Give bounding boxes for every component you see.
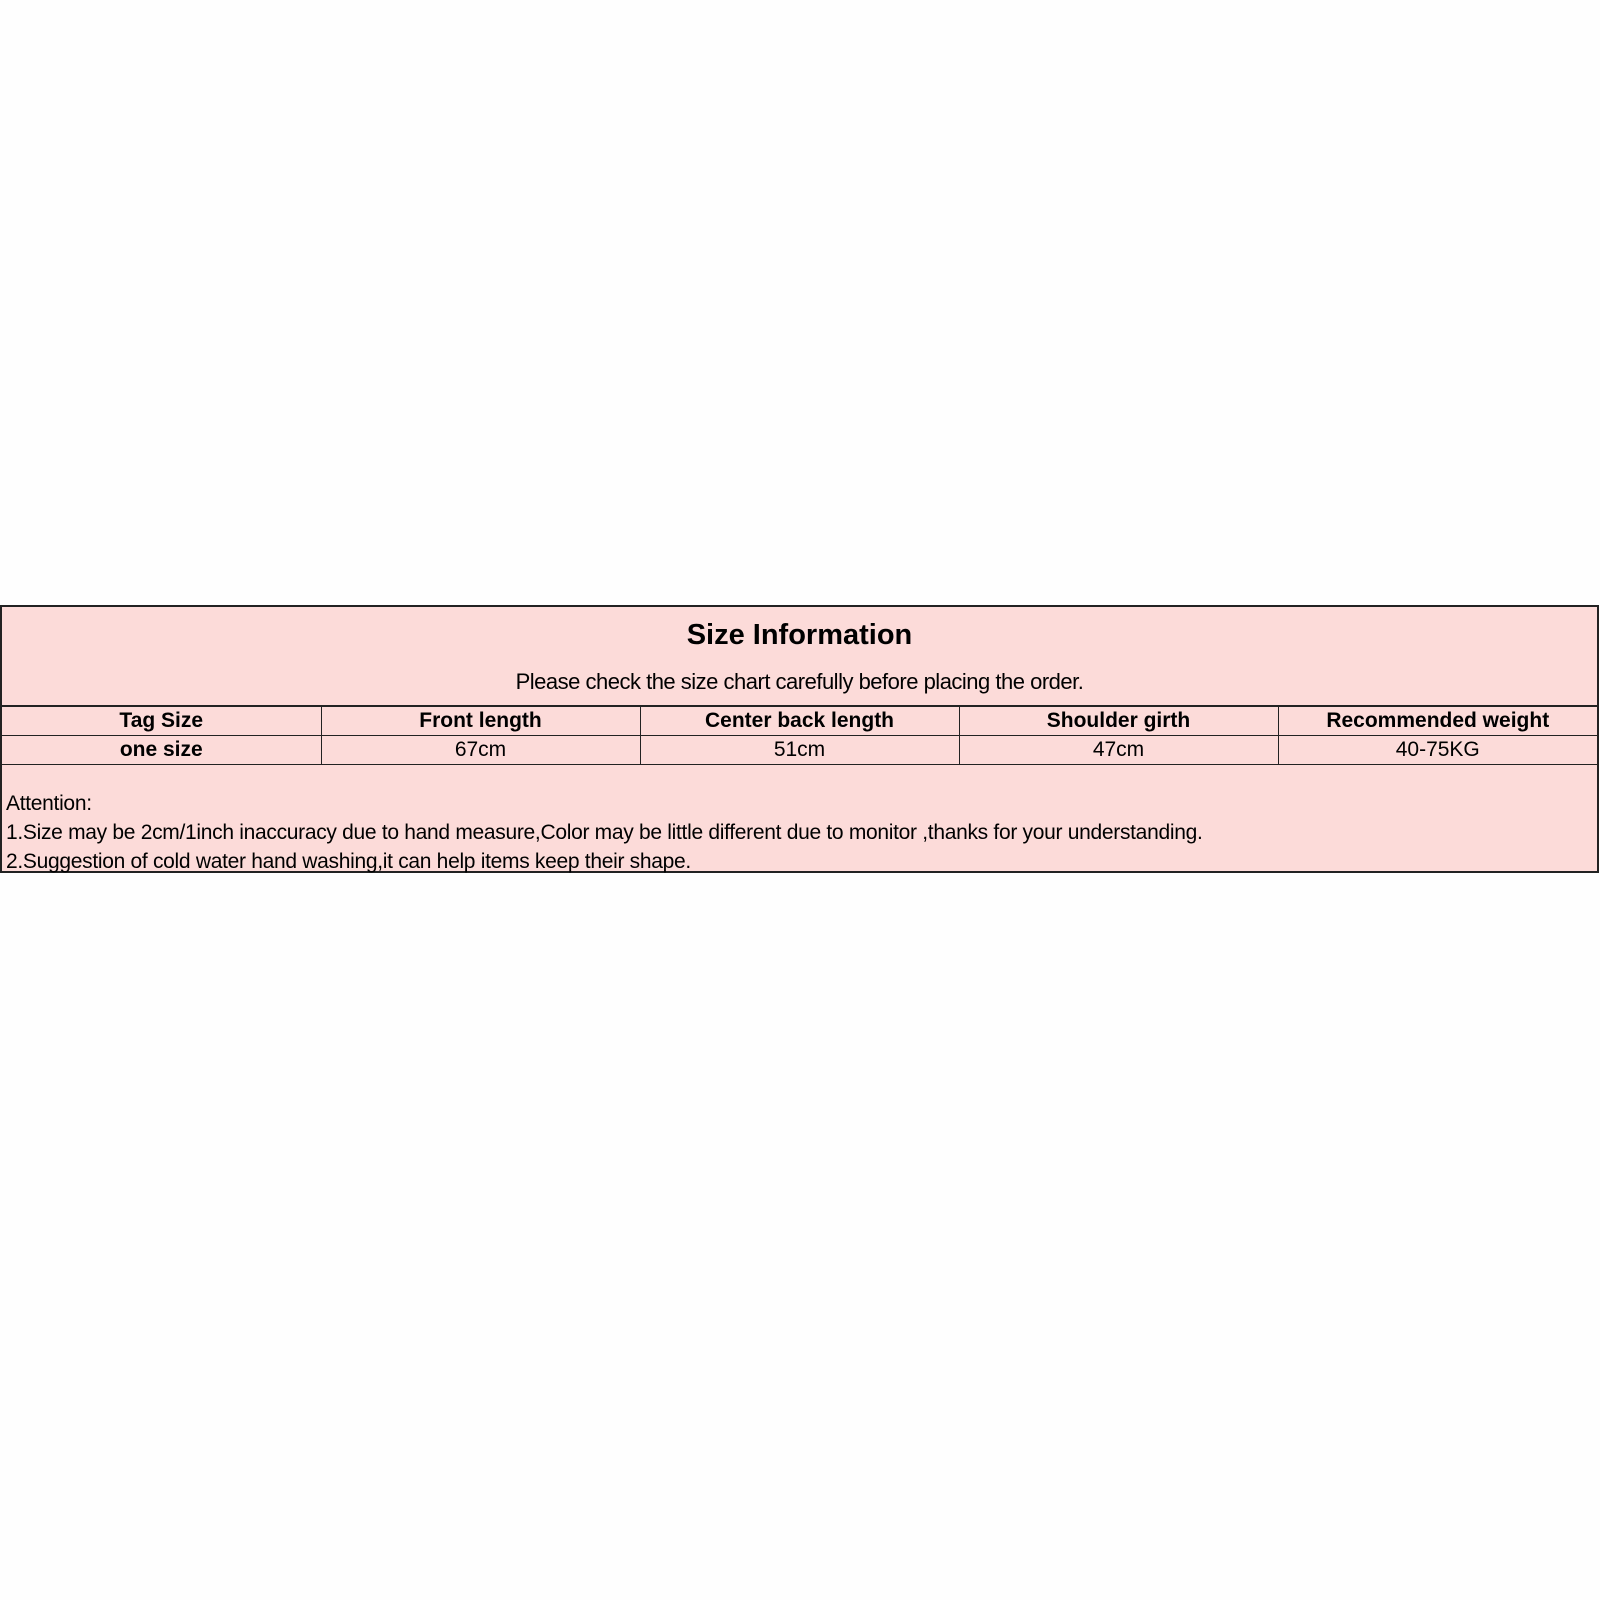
cell-recommended-weight: 40-75KG (1278, 736, 1597, 765)
attention-notes: Attention: 1.Size may be 2cm/1inch inacc… (2, 765, 1597, 871)
note-item: 1.Size may be 2cm/1inch inaccuracy due t… (6, 818, 1597, 847)
notes-heading: Attention: (6, 789, 1597, 818)
header-recommended-weight: Recommended weight (1278, 706, 1597, 736)
chart-title: Size Information (2, 607, 1597, 657)
header-tag-size: Tag Size (2, 706, 321, 736)
note-item: 2.Suggestion of cold water hand washing,… (6, 847, 1597, 876)
table-row: one size 67cm 51cm 47cm 40-75KG (2, 736, 1597, 765)
chart-subtitle: Please check the size chart carefully be… (2, 657, 1597, 705)
cell-shoulder-girth: 47cm (959, 736, 1278, 765)
size-table: Tag Size Front length Center back length… (2, 705, 1597, 765)
header-center-back-length: Center back length (640, 706, 959, 736)
size-chart: Size Information Please check the size c… (0, 605, 1599, 873)
header-row: Tag Size Front length Center back length… (2, 706, 1597, 736)
header-front-length: Front length (321, 706, 640, 736)
cell-center-back-length: 51cm (640, 736, 959, 765)
header-shoulder-girth: Shoulder girth (959, 706, 1278, 736)
cell-tag-size: one size (2, 736, 321, 765)
cell-front-length: 67cm (321, 736, 640, 765)
